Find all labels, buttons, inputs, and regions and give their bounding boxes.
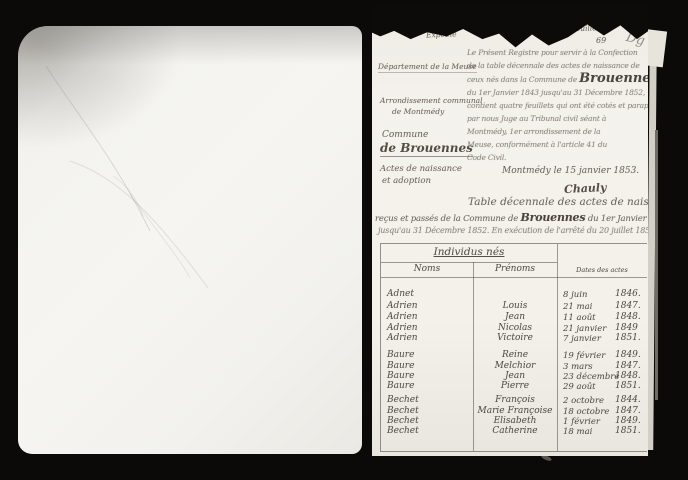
column-header-prenoms: Prénoms <box>473 264 557 274</box>
table-cell-prenom: Nicolas <box>473 323 557 333</box>
table-cell-nom: Bechet <box>387 416 419 426</box>
table-rule-under-group <box>381 262 557 263</box>
preamble-line: Meuse, conformément à l'article 41 du <box>467 138 648 151</box>
table-cell-nom: Adrien <box>387 301 418 311</box>
table-cell-date: 29 août <box>563 382 596 392</box>
table-row: Adnet8 juin1846. <box>381 289 647 300</box>
preamble-commune-pre: ceux nés dans la Commune de <box>467 75 579 84</box>
table-cell-date: 19 février <box>563 351 605 361</box>
preamble-line: du 1er Janvier 1843 jusqu'au 31 Décembre… <box>467 86 648 99</box>
table-cell-year: 1851. <box>615 381 641 391</box>
table-row: AdrienVictoire7 janvier1851. <box>381 333 647 344</box>
table-cell-date: 11 août <box>563 313 596 323</box>
table-title-line1: Table décennale des actes de naissance <box>468 196 648 208</box>
decennial-table: Individus nés Noms Prénoms Dates des act… <box>380 243 647 452</box>
paper-creases <box>18 26 362 454</box>
preamble-commune-line: ceux nés dans la Commune de Brouennes qu… <box>467 72 648 86</box>
table-cell-year: 1851. <box>615 426 641 436</box>
preamble-line: Code Civil. <box>467 151 648 164</box>
table-row: BaurePierre29 août1851. <box>381 381 647 392</box>
table-cell-prenom: Victoire <box>473 333 557 343</box>
table-rule-under-header <box>381 277 647 278</box>
scanned-register-spread: Expédié Premier feuillet 69 Dg Départeme… <box>0 0 688 480</box>
table-cell-year: 1848. <box>615 371 641 381</box>
table-cell-date: 18 mai <box>563 427 592 437</box>
table-cell-year: 1844. <box>615 395 641 405</box>
preamble-line: contient quatre feuillets qui ont été co… <box>467 99 648 112</box>
table-cell-year: 1848. <box>615 312 641 322</box>
table-cell-nom: Adrien <box>387 333 418 343</box>
margin-department: Département de la Meuse <box>378 62 477 73</box>
preamble-line: par nous Juge au Tribunal civil séant à <box>467 112 648 125</box>
commune-name-large: Brouennes <box>579 71 648 86</box>
table-cell-nom: Baure <box>387 381 414 391</box>
left-blank-page <box>18 26 362 454</box>
table-cell-prenom: Jean <box>473 312 557 322</box>
table-cell-date: 8 juin <box>563 290 587 300</box>
table-title-line2: reçus et passés de la Commune de Brouenn… <box>375 211 648 224</box>
table-row: BechetCatherine18 mai1851. <box>381 426 647 437</box>
table-cell-year: 1849 <box>615 323 638 333</box>
table-cell-nom: Bechet <box>387 395 419 405</box>
table-cell-prenom: Louis <box>473 301 557 311</box>
table-cell-prenom: Elisabeth <box>473 416 557 426</box>
preamble-line: Montmédy, 1er arrondissement de la <box>467 125 648 138</box>
table-cell-nom: Bechet <box>387 426 419 436</box>
preamble-lines-b: du 1er Janvier 1843 jusqu'au 31 Décembre… <box>467 86 648 164</box>
table-row: BechetFrançois2 octobre1844. <box>381 395 647 406</box>
page-number: 69 <box>596 36 606 45</box>
table-cell-nom: Baure <box>387 371 414 381</box>
margin-arrondissement-line2: de Montmédy <box>392 107 444 116</box>
table-cell-prenom: Catherine <box>473 426 557 436</box>
table-cell-prenom: Jean <box>473 371 557 381</box>
judge-signature: Chauly <box>564 181 607 196</box>
table-cell-prenom: François <box>473 395 557 405</box>
title-line2-pre: reçus et passés de la Commune de <box>375 214 521 224</box>
table-cell-year: 1847. <box>615 301 641 311</box>
table-row: AdrienJean11 août1848. <box>381 312 647 323</box>
table-cell-prenom: Pierre <box>473 381 557 391</box>
right-register-page: Expédié Premier feuillet 69 Dg Départeme… <box>372 6 648 456</box>
margin-commune-name: de Brouennes <box>380 141 473 157</box>
table-group-header: Individus nés <box>381 246 557 258</box>
preamble-lines-a: Le Présent Registre pour servir à la Con… <box>467 46 648 72</box>
table-cell-prenom: Melchior <box>473 361 557 371</box>
certification-line: Montmédy le 15 janvier 1853. <box>502 166 639 176</box>
table-cell-year: 1849. <box>615 350 641 360</box>
column-header-noms: Noms <box>381 264 473 274</box>
table-cell-nom: Baure <box>387 361 414 371</box>
table-cell-date: 2 octobre <box>563 396 604 406</box>
underlying-page-edge-dark <box>655 130 658 400</box>
table-cell-year: 1851. <box>615 333 641 343</box>
table-cell-year: 1849. <box>615 416 641 426</box>
table-cell-date: 21 mai <box>563 302 592 312</box>
table-cell-nom: Baure <box>387 350 414 360</box>
table-row: BaureReine19 février1849. <box>381 350 647 361</box>
table-cell-nom: Adnet <box>387 289 414 299</box>
table-cell-prenom: Marie Françoise <box>473 406 557 416</box>
column-header-dates: Dates des actes <box>557 266 647 274</box>
table-cell-year: 1847. <box>615 406 641 416</box>
table-cell-year: 1847. <box>615 361 641 371</box>
table-cell-nom: Adrien <box>387 323 418 333</box>
margin-commune-label: Commune <box>382 130 428 140</box>
title-commune-name: Brouennes <box>521 211 586 224</box>
title-line2-post: du 1er Janvier 1843 <box>585 214 648 224</box>
preamble-line: Le Présent Registre pour servir à la Con… <box>467 46 648 59</box>
table-cell-nom: Adrien <box>387 312 418 322</box>
preamble-paragraph: Le Présent Registre pour servir à la Con… <box>467 46 648 164</box>
table-cell-prenom: Reine <box>473 350 557 360</box>
table-row: AdrienLouis21 mai1847. <box>381 301 647 312</box>
table-cell-year: 1846. <box>615 289 641 299</box>
table-cell-nom: Bechet <box>387 406 419 416</box>
table-cell-date: 7 janvier <box>563 334 601 344</box>
table-title-line3: jusqu'au 31 Décembre 1852. En exécution … <box>378 226 648 235</box>
margin-acts-line2: et adoption <box>382 176 431 186</box>
margin-acts-line1: Actes de naissance <box>380 164 462 174</box>
